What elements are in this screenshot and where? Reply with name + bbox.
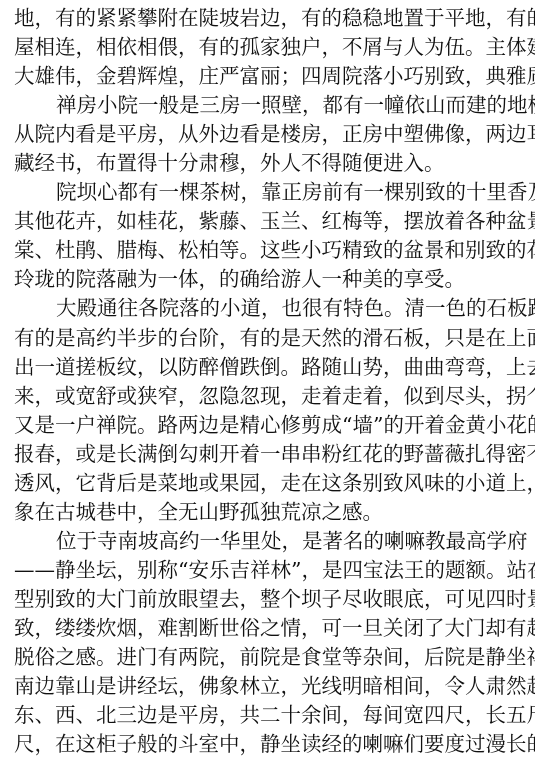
text-line: 其他花卉，如桂花，紫藤、玉兰、红梅等，摆放着各种盆景：如海 [14,207,524,236]
text-line: 出一道搓板纹，以防醉僧跌倒。路随山势，曲曲弯弯，上去下 [14,353,524,382]
text-line: 从院内看是平房，从外边看是楼房，正房中塑佛像，两边耳房 [14,120,524,149]
text-line: 藏经书，布置得十分肃穆，外人不得随便进入。 [14,149,524,178]
text-line: 脱俗之感。进门有两院，前院是食堂等杂间，后院是静坐禅房， [14,643,524,672]
text-line: 玲珑的院落融为一体，的确给游人一种美的享受。 [14,265,524,294]
text-line: 有的是高约半步的台阶，有的是天然的滑石板，只是在上面凿 [14,324,524,353]
text-line: 东、西、北三边是平房，共二十余间，每间宽四尺，长五尺，高五 [14,701,524,730]
text-line: 致，缕缕炊烟，难割断世俗之情，可一旦关闭了大门却有超凡 [14,614,524,643]
scanned-page: 地，有的紧紧攀附在陡坡岩边，有的稳稳地置于平地，有的瓦 屋相连，相依相偎，有的孤… [0,0,535,762]
text-line: 报春，或是长满倒勾刺开着一串串粉红花的野蔷薇扎得密不 [14,440,524,469]
text-line: 棠、杜鹃、腊梅、松柏等。这些小巧精致的盆景和别致的花树与 [14,236,524,265]
text-line: 尺，在这柜子般的斗室中，静坐读经的喇嘛们要度过漫长的三 [14,730,524,759]
paragraph-start-line: 禅房小院一般是三房一照壁，都有一幢依山而建的地楼， [14,91,524,120]
text-line: 象在古城巷中，全无山野孤独荒凉之感。 [14,498,524,527]
text-line: 又是一户禅院。路两边是精心修剪成“墙”的开着金黄小花的 [14,411,524,440]
text-line: 南边靠山是讲经坛，佛象林立，光线明暗相间，令人肃然起敬。 [14,672,524,701]
text-line: 大雄伟，金碧辉煌，庄严富丽；四周院落小巧别致，典雅质朴。 [14,62,524,91]
paragraph-start-line: 位于寺南坡高约一华里处，是著名的喇嘛教最高学府 [14,527,524,556]
paragraph-start-line: 大殿通往各院落的小道，也很有特色。清一色的石板路， [14,294,524,323]
text-line: 型别致的大门前放眼望去，整个坝子尽收眼底，可见四时景 [14,585,524,614]
text-line: 透风，它背后是菜地或果园，走在这条别致风味的小道上，竟 [14,469,524,498]
text-line: ——静坐坛，别称“安乐吉祥林”，是四宝法王的题额。站在造 [14,556,524,585]
text-line: 来，或宽舒或狭窄，忽隐忽现，走着走着，似到尽头，拐个弯子 [14,382,524,411]
paragraph-start-line: 院坝心都有一棵茶树，靠正房前有一棵别致的十里香及 [14,178,524,207]
body-text: 地，有的紧紧攀附在陡坡岩边，有的稳稳地置于平地，有的瓦 屋相连，相依相偎，有的孤… [14,4,524,759]
text-line: 地，有的紧紧攀附在陡坡岩边，有的稳稳地置于平地，有的瓦 [14,4,524,33]
text-line: 屋相连，相依相偎，有的孤家独户，不屑与人为伍。主体建筑高 [14,33,524,62]
